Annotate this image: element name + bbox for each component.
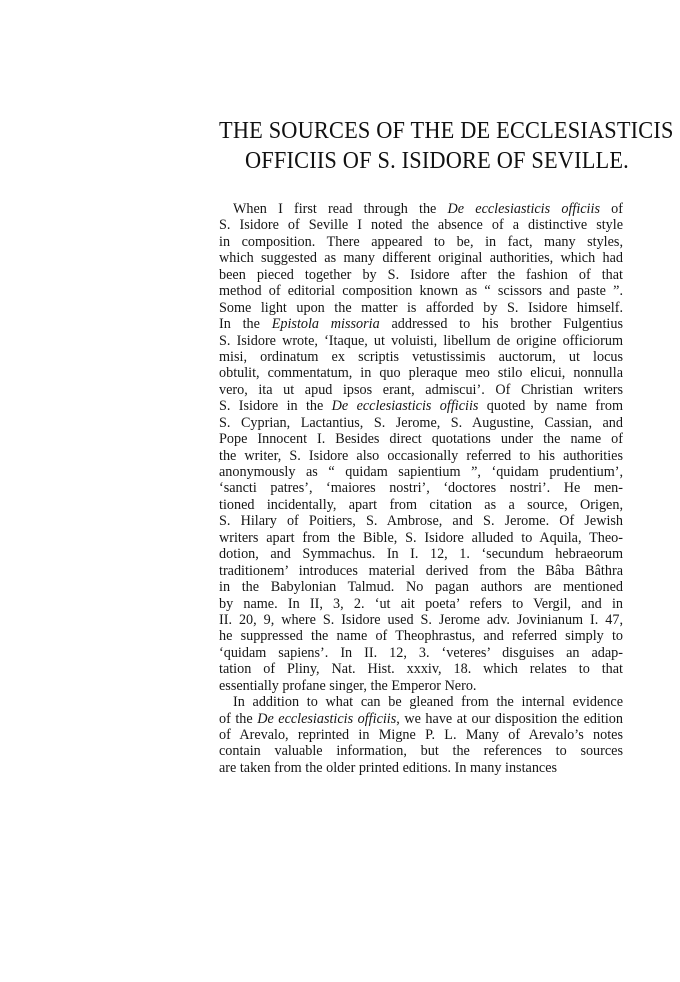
paragraph-1-line: which suggested as many different origin…	[219, 250, 623, 266]
paragraph-1-line: ‘sancti patres’, ‘maiores nostri’, ‘doct…	[219, 480, 623, 496]
paragraph-1-line: S. Isidore of Seville I noted the absenc…	[219, 217, 623, 233]
paragraph-1-line: in the Babylonian Talmud. No pagan autho…	[219, 579, 623, 595]
paragraph-1-line: in composition. There appeared to be, in…	[219, 234, 623, 250]
paragraph-1-line: vero, ita ut apud ipsos erant, admiscui’…	[219, 382, 623, 398]
document-page: THE SOURCES OF THE DE ECCLESIASTICIS OFF…	[0, 0, 680, 982]
paragraph-1-line: S. Isidore wrote, ‘Itaque, ut voluisti, …	[219, 333, 623, 349]
paragraph-1-line: S. Hilary of Poitiers, S. Ambrose, and S…	[219, 513, 623, 529]
body-text: When I first read through the De ecclesi…	[219, 201, 623, 776]
paragraph-1-line: obtulit, commentatum, in quo pleraque me…	[219, 365, 623, 381]
paragraph-1-line: When I first read through the De ecclesi…	[219, 201, 623, 217]
paragraph-2-line: are taken from the older printed edition…	[219, 760, 623, 776]
paragraph-1-line: misi, ordinatum ex scriptis vetustissimi…	[219, 349, 623, 365]
paragraph-1-line: writers apart from the Bible, S. Isidore…	[219, 530, 623, 546]
paragraph-1-line: tioned incidentally, apart from citation…	[219, 497, 623, 513]
italic-title: De ecclesiasticis officiis	[257, 711, 396, 727]
paragraph-1-line: he suppressed the name of Theophrastus, …	[219, 628, 623, 644]
paragraph-1-line: Pope Innocent I. Besides direct quotatio…	[219, 431, 623, 447]
paragraph-2-line: of Arevalo, reprinted in Migne P. L. Man…	[219, 727, 623, 743]
paragraph-1-line: by name. In II, 3, 2. ‘ut ait poeta’ ref…	[219, 596, 623, 612]
paragraph-1-line: dotion, and Symmachus. In I. 12, 1. ‘sec…	[219, 546, 623, 562]
paragraph-2-line: contain valuable information, but the re…	[219, 743, 623, 759]
paragraph-1-line: S. Cyprian, Lactantius, S. Jerome, S. Au…	[219, 415, 623, 431]
paragraph-2-line: In addition to what can be gleaned from …	[219, 694, 623, 710]
paragraph-1-line: the writer, S. Isidore also occasionally…	[219, 448, 623, 464]
paragraph-1-line: Some light upon the matter is afforded b…	[219, 300, 623, 316]
paragraph-1-line: S. Isidore in the De ecclesiasticis offi…	[219, 398, 623, 414]
paragraph-1-line: method of editorial composition known as…	[219, 283, 623, 299]
paragraph-1-line: essentially profane singer, the Emperor …	[219, 678, 623, 694]
paragraph-1-line: tation of Pliny, Nat. Hist. xxxiv, 18. w…	[219, 661, 623, 677]
paragraph-1-line: traditionem’ introduces material derived…	[219, 563, 623, 579]
page-title-line-2: OFFICIIS OF S. ISIDORE OF SEVILLE.	[245, 146, 626, 176]
paragraph-1-line: II. 20, 9, where S. Isidore used S. Jero…	[219, 612, 623, 628]
paragraph-1-line: anonymously as “ quidam sapientium ”, ‘q…	[219, 464, 623, 480]
paragraph-2-line: of the De ecclesiasticis officiis, we ha…	[219, 711, 623, 727]
paragraph-1-line: been pieced together by S. Isidore after…	[219, 267, 623, 283]
paragraph-1-line: In the Epistola missoria addressed to hi…	[219, 316, 623, 332]
page-title-line-1: THE SOURCES OF THE DE ECCLESIASTICIS	[219, 116, 600, 146]
italic-title: De ecclesiasticis officiis	[448, 201, 600, 217]
italic-title: Epistola missoria	[272, 316, 380, 332]
italic-title: De ecclesiasticis officiis	[332, 398, 479, 414]
paragraph-1-line: ‘quidam sapiens’. In II. 12, 3. ‘veteres…	[219, 645, 623, 661]
